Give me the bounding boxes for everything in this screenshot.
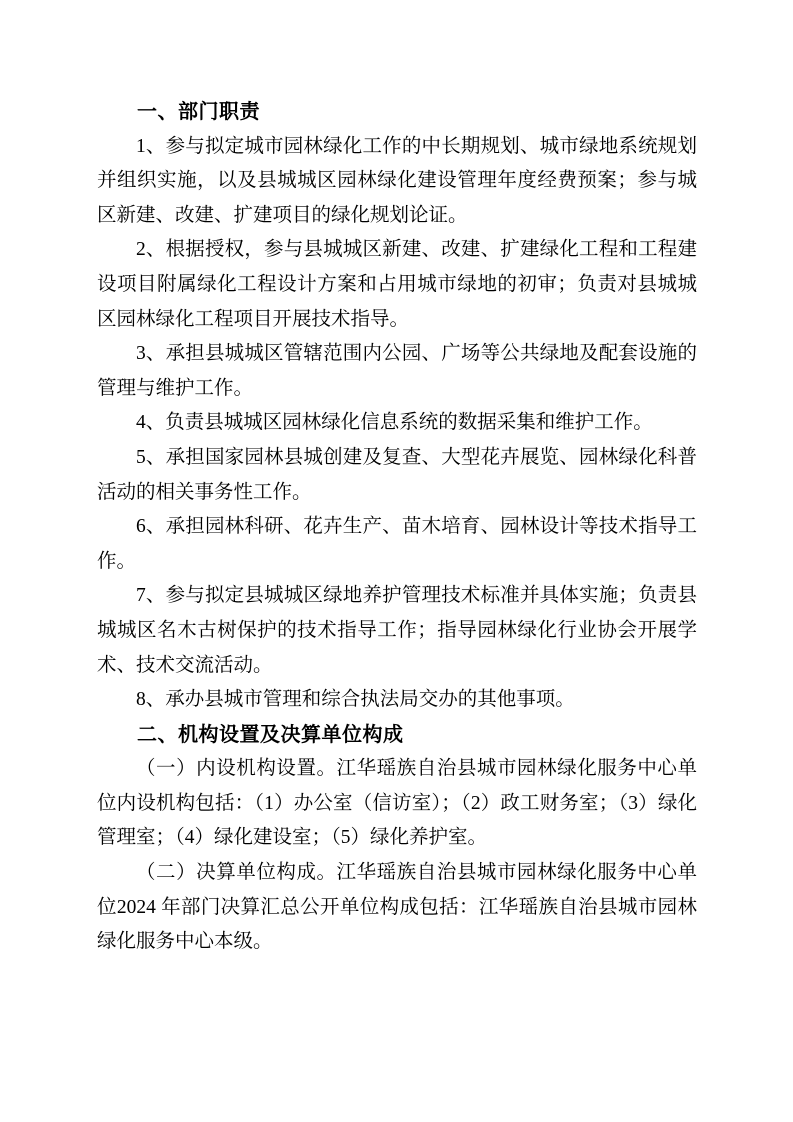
section-1-paragraph-3: 3、承担县城城区管辖范围内公园、广场等公共绿地及配套设施的管理与维护工作。 [97, 337, 697, 406]
section-2-paragraph-2: （二）决算单位构成。江华瑶族自治县城市园林绿化服务中心单位2024 年部门决算汇… [97, 856, 697, 960]
section-2-heading: 二、机构设置及决算单位构成 [97, 718, 697, 753]
section-2-paragraph-1: （一）内设机构设置。江华瑶族自治县城市园林绿化服务中心单位内设机构包括：（1）办… [97, 752, 697, 856]
section-1-paragraph-7: 7、参与拟定县城城区绿地养护管理技术标准并具体实施；负责县城城区名木古树保护的技… [97, 579, 697, 683]
section-1-paragraph-8: 8、承办县城市管理和综合执法局交办的其他事项。 [97, 683, 697, 718]
section-1-paragraph-5: 5、承担国家园林县城创建及复查、大型花卉展览、园林绿化科普活动的相关事务性工作。 [97, 441, 697, 510]
section-1-paragraph-1: 1、参与拟定城市园林绿化工作的中长期规划、城市绿地系统规划并组织实施，以及县城城… [97, 130, 697, 234]
section-1-heading: 一、部门职责 [97, 95, 697, 130]
document-page: 一、部门职责 1、参与拟定城市园林绿化工作的中长期规划、城市绿地系统规划并组织实… [0, 0, 793, 1122]
section-1-paragraph-4: 4、负责县城城区园林绿化信息系统的数据采集和维护工作。 [97, 406, 697, 441]
section-1-paragraph-2: 2、根据授权，参与县城城区新建、改建、扩建绿化工程和工程建设项目附属绿化工程设计… [97, 233, 697, 337]
section-1-paragraph-6: 6、承担园林科研、花卉生产、苗木培育、园林设计等技术指导工作。 [97, 510, 697, 579]
